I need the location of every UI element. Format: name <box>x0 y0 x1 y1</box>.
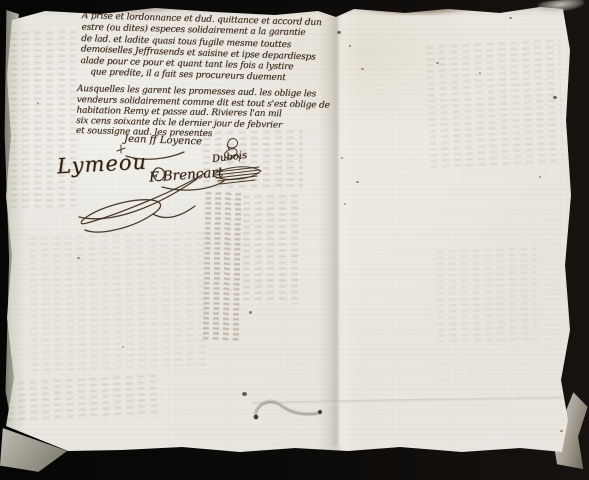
bleedthrough-region <box>426 38 564 169</box>
ink-speck <box>436 62 439 64</box>
edge-smudge-top <box>70 5 190 14</box>
ink-speck <box>539 176 541 178</box>
ink-speck <box>333 13 339 15</box>
ink-speck <box>344 203 346 205</box>
ink-speck <box>242 392 247 396</box>
ink-speck <box>337 31 341 34</box>
ink-speck <box>553 96 557 99</box>
center-fold <box>330 10 346 446</box>
handwritten-paragraph-2: Ausquelles les garent les promesses aud.… <box>76 84 330 143</box>
ink-speck <box>122 346 124 348</box>
ink-speck <box>509 17 512 19</box>
ink-speck <box>479 72 481 74</box>
ink-speck <box>560 430 563 432</box>
bleedthrough-region <box>29 230 211 373</box>
signature-knot-and-crosshatch-dubois <box>209 131 265 191</box>
ink-speck <box>77 257 80 259</box>
manuscript-spread: A prise et lordonnance et dud. quittance… <box>0 0 589 480</box>
edge-smudge-top <box>352 0 482 15</box>
bleedthrough-region <box>5 373 158 422</box>
ink-speck <box>349 45 351 47</box>
handwritten-paragraph-1: A prise et lordonnance et dud. quittance… <box>80 11 322 86</box>
ink-speck <box>356 181 359 183</box>
ink-speck <box>37 102 39 104</box>
manuscript-photo: A prise et lordonnance et dud. quittance… <box>0 0 589 480</box>
ink-speck <box>361 68 364 70</box>
edge-smudge-top <box>468 0 548 10</box>
binding-thread <box>249 393 327 425</box>
ink-speck <box>249 311 252 314</box>
bleedthrough-region <box>436 245 538 343</box>
ink-speck <box>341 157 343 159</box>
bleedthrough-region <box>243 192 301 304</box>
